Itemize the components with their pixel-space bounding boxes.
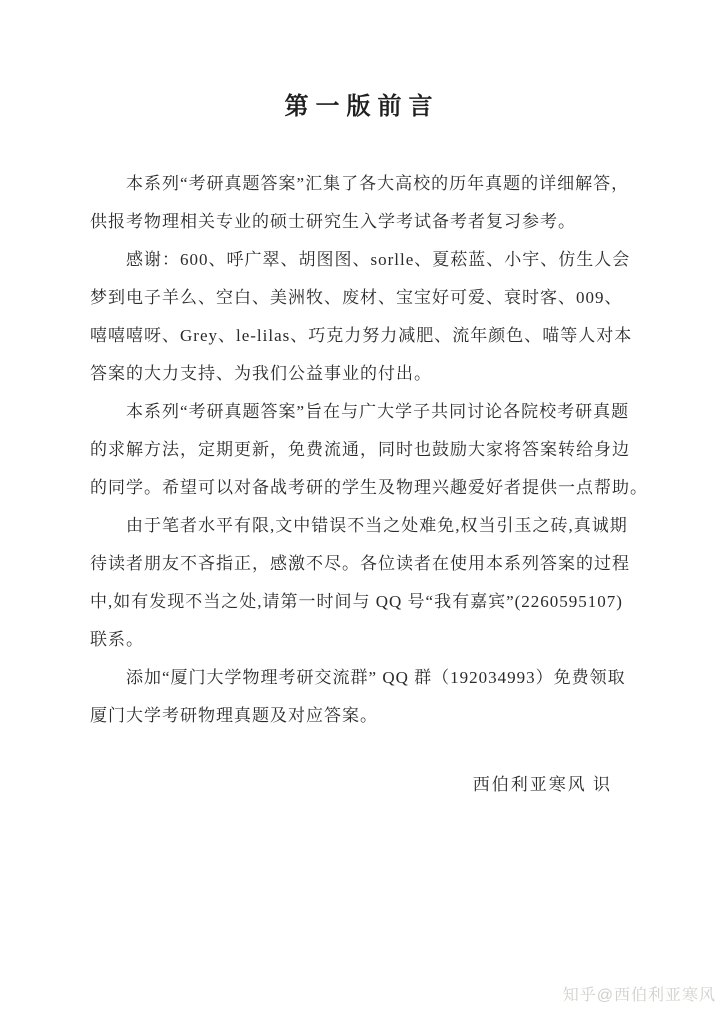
preface-body: 本系列“考研真题答案”汇集了各大高校的历年真题的详细解答， 供报考物理相关专业的…: [90, 165, 636, 735]
text-line: 的求解方法，定期更新，免费流通，同时也鼓励大家将答案转给身边: [90, 431, 636, 469]
text-line: 由于笔者水平有限,文中错误不当之处难免,权当引玉之砖,真诚期: [90, 507, 636, 545]
text-line: 本系列“考研真题答案”汇集了各大高校的历年真题的详细解答，: [90, 165, 636, 203]
text-line: 供报考物理相关专业的硕士研究生入学考试备考者复习参考。: [90, 203, 636, 241]
text-line: 本系列“考研真题答案”旨在与广大学子共同讨论各院校考研真题: [90, 393, 636, 431]
author-signature: 西伯利亚寒风 识: [473, 770, 612, 795]
zhihu-watermark: 知乎@西伯利亚寒风: [563, 982, 716, 1005]
document-page: 第一版前言 本系列“考研真题答案”汇集了各大高校的历年真题的详细解答， 供报考物…: [0, 0, 724, 1024]
page-title: 第一版前言: [0, 86, 724, 121]
text-line: 感谢：600、呼广翠、胡图图、sorlle、夏菘蓝、小宇、仿生人会: [90, 241, 636, 279]
text-line: 添加“厦门大学物理考研交流群” QQ 群（192034993）免费领取: [90, 659, 636, 697]
text-line: 联系。: [90, 621, 636, 659]
text-line: 中,如有发现不当之处,请第一时间与 QQ 号“我有嘉宾”(2260595107): [90, 583, 636, 621]
text-line: 厦门大学考研物理真题及对应答案。: [90, 697, 636, 735]
text-line: 的同学。希望可以对备战考研的学生及物理兴趣爱好者提供一点帮助。: [90, 469, 636, 507]
text-line: 嘻嘻嘻呀、Grey、le-lilas、巧克力努力减肥、流年颜色、喵等人对本: [90, 317, 636, 355]
text-line: 待读者朋友不吝指正，感激不尽。各位读者在使用本系列答案的过程: [90, 545, 636, 583]
text-line: 答案的大力支持、为我们公益事业的付出。: [90, 355, 636, 393]
text-line: 梦到电子羊么、空白、美洲牧、废材、宝宝好可爱、衰时客、009、: [90, 279, 636, 317]
